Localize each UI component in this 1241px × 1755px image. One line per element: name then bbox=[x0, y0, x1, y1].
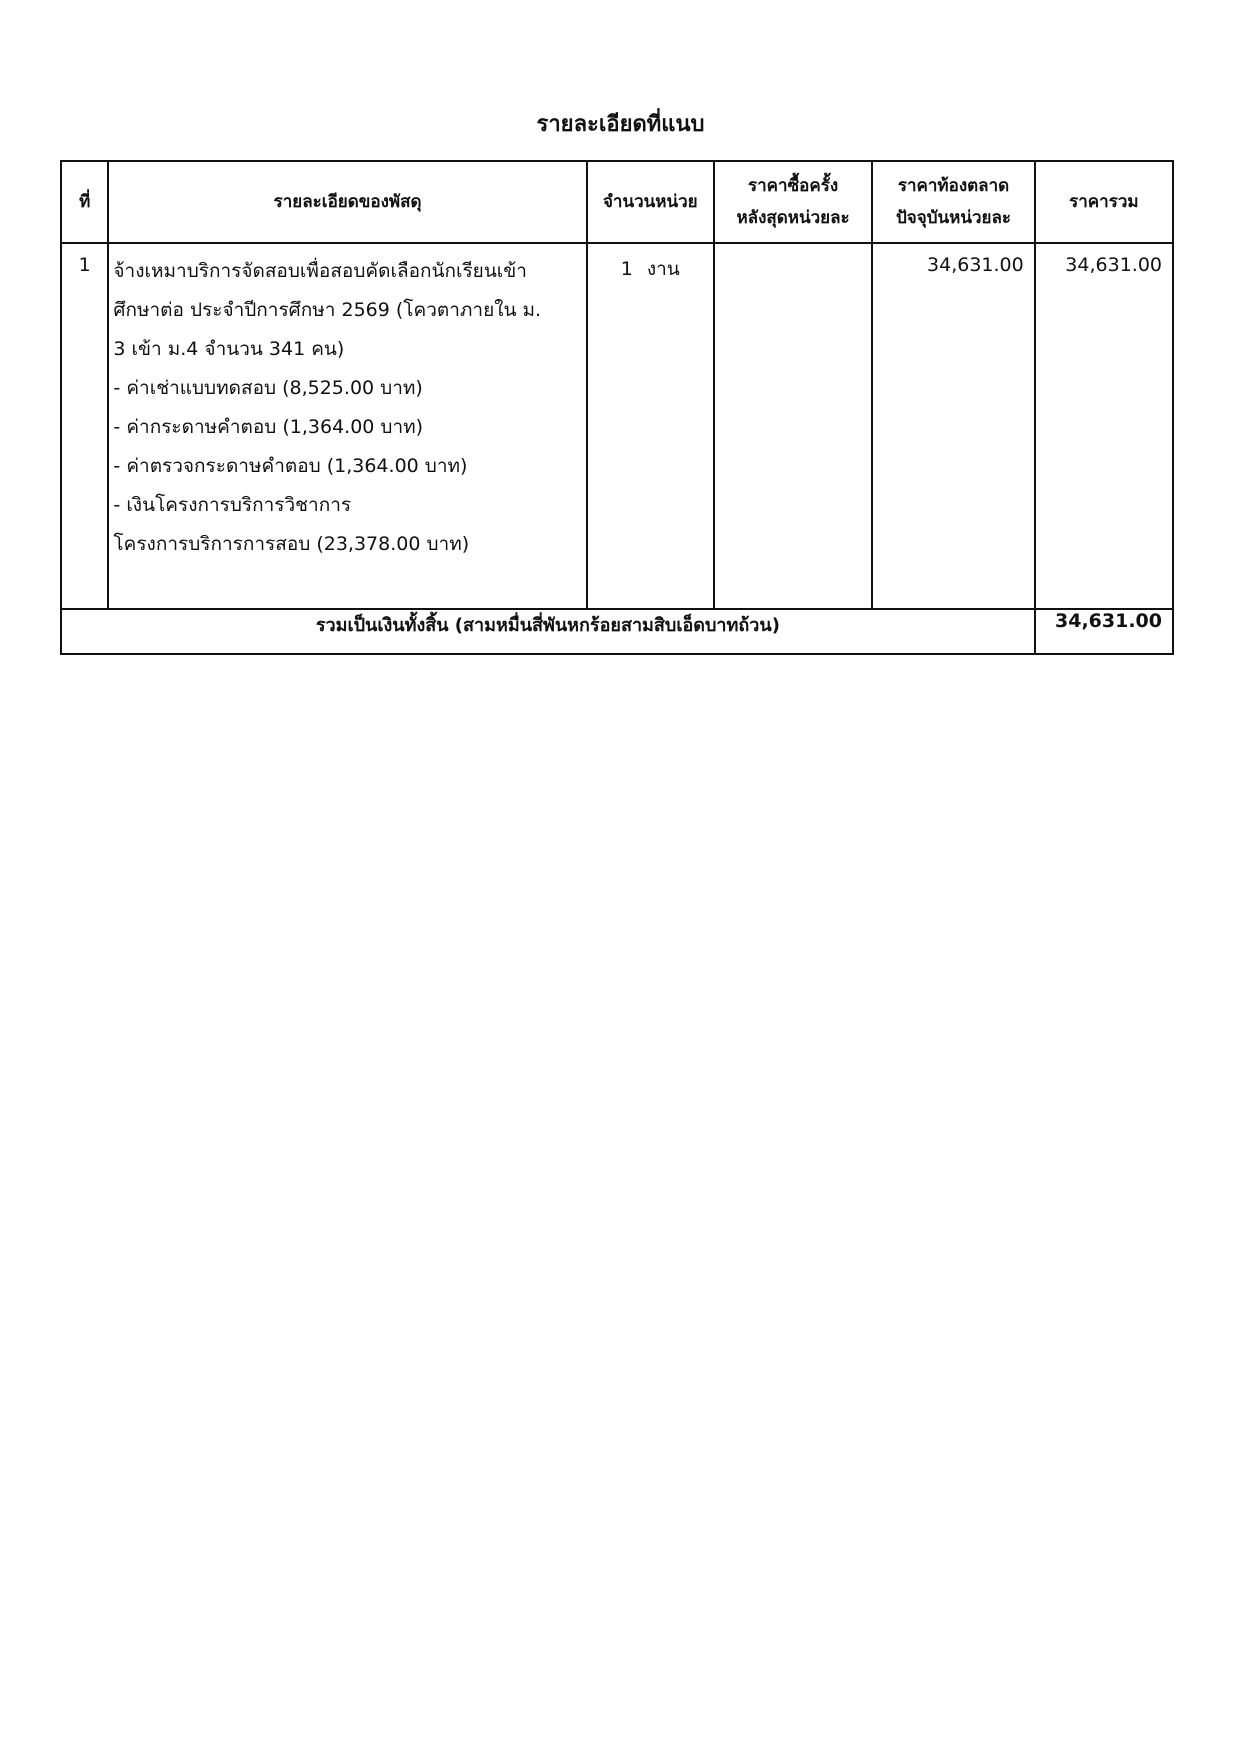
item-details-table: ที่ รายละเอียดของพัสดุ จำนวนหน่วย ราคาซื… bbox=[60, 160, 1174, 655]
header-last-price-line2: หลังสุดหน่วยละ bbox=[736, 208, 849, 228]
header-quantity: จำนวนหน่วย bbox=[587, 161, 714, 243]
header-total-price: ราคารวม bbox=[1035, 161, 1173, 243]
description-line: 3 เข้า ม.4 จำนวน 341 คน) bbox=[113, 330, 581, 369]
row-total-price: 34,631.00 bbox=[1035, 243, 1173, 609]
description-line: โครงการบริการการสอบ (23,378.00 บาท) bbox=[113, 525, 581, 564]
description-line: - ค่ากระดาษคำตอบ (1,364.00 บาท) bbox=[113, 408, 581, 447]
row-no: 1 bbox=[61, 243, 108, 609]
header-description: รายละเอียดของพัสดุ bbox=[108, 161, 586, 243]
header-last-price-line1: ราคาซื้อครั้ง bbox=[748, 176, 838, 196]
description-line: ศึกษาต่อ ประจำปีการศึกษา 2569 (โควตาภายใ… bbox=[113, 291, 581, 330]
header-last-price: ราคาซื้อครั้ง หลังสุดหน่วยละ bbox=[714, 161, 872, 243]
row-quantity: 1งาน bbox=[587, 243, 714, 609]
header-market-price: ราคาท้องตลาด ปัจจุบันหน่วยละ bbox=[872, 161, 1034, 243]
description-line: จ้างเหมาบริการจัดสอบเพื่อสอบคัดเลือกนักเ… bbox=[113, 252, 581, 291]
description-line: - ค่าเช่าแบบทดสอบ (8,525.00 บาท) bbox=[113, 369, 581, 408]
description-line: - เงินโครงการบริการวิชาการ bbox=[113, 486, 581, 525]
grand-total-value: 34,631.00 bbox=[1035, 609, 1173, 654]
header-market-price-line1: ราคาท้องตลาด bbox=[898, 176, 1009, 196]
table-header-row: ที่ รายละเอียดของพัสดุ จำนวนหน่วย ราคาซื… bbox=[61, 161, 1173, 243]
quantity-unit: งาน bbox=[647, 258, 680, 280]
header-no: ที่ bbox=[61, 161, 108, 243]
row-market-price: 34,631.00 bbox=[872, 243, 1034, 609]
header-market-price-line2: ปัจจุบันหน่วยละ bbox=[896, 208, 1011, 228]
grand-total-label: รวมเป็นเงินทั้งสิ้น (สามหมื่นสี่พันหกร้อ… bbox=[61, 609, 1035, 654]
table-row: 1 จ้างเหมาบริการจัดสอบเพื่อสอบคัดเลือกนั… bbox=[61, 243, 1173, 609]
document-title: รายละเอียดที่แนบ bbox=[0, 106, 1241, 141]
row-last-price bbox=[714, 243, 872, 609]
description-line: - ค่าตรวจกระดาษคำตอบ (1,364.00 บาท) bbox=[113, 447, 581, 486]
quantity-value: 1 bbox=[621, 258, 633, 280]
grand-total-row: รวมเป็นเงินทั้งสิ้น (สามหมื่นสี่พันหกร้อ… bbox=[61, 609, 1173, 654]
row-description: จ้างเหมาบริการจัดสอบเพื่อสอบคัดเลือกนักเ… bbox=[108, 243, 586, 609]
